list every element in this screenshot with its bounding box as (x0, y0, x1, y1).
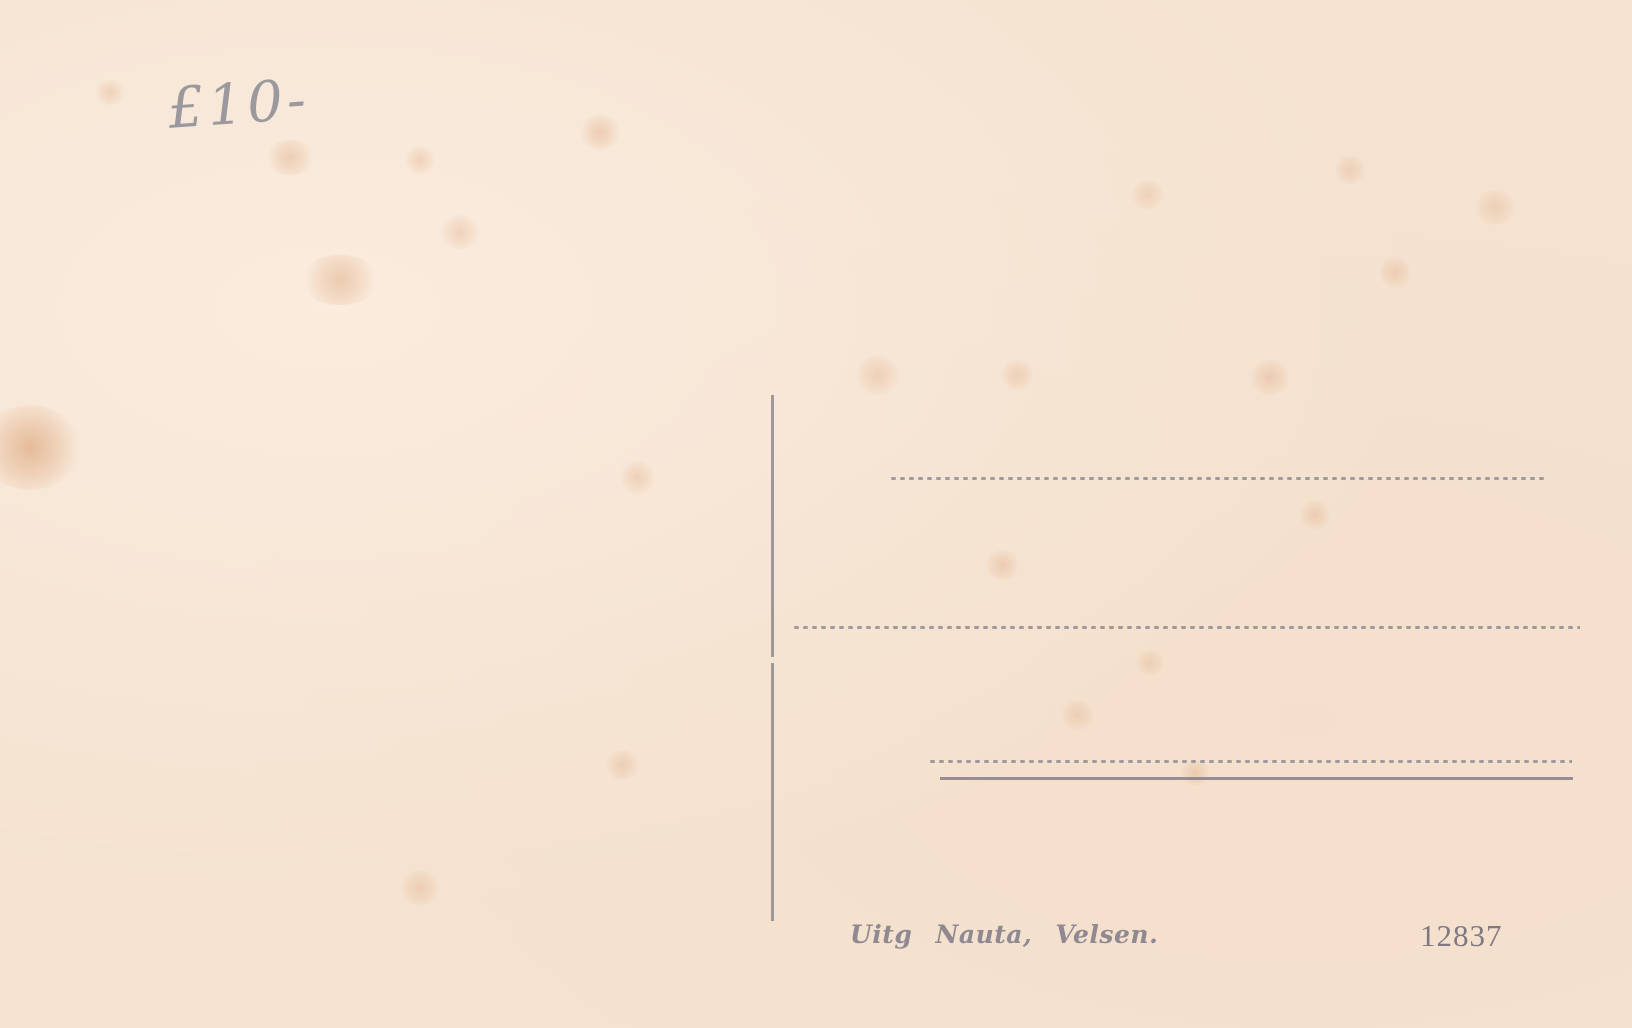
address-line-3 (928, 760, 1572, 763)
stain (985, 550, 1020, 580)
stain (1180, 760, 1210, 785)
stain-large-left (0, 405, 80, 490)
stain (1060, 700, 1095, 730)
stain (95, 80, 125, 105)
stain (1335, 155, 1365, 185)
stain (620, 460, 655, 495)
postcard-back: £10- Uitg Nauta, Velsen. 12837 (0, 0, 1632, 1028)
stain (265, 140, 315, 175)
stain (1130, 180, 1165, 210)
stain (400, 870, 440, 905)
stain (440, 215, 480, 250)
stain (605, 750, 640, 780)
stain (405, 145, 435, 175)
address-underline (940, 777, 1573, 780)
address-line-1 (889, 477, 1548, 480)
stain (1000, 360, 1035, 390)
stain (1300, 500, 1330, 530)
stain (1475, 190, 1515, 225)
divider-line-bottom (771, 663, 774, 921)
catalog-number: 12837 (1420, 918, 1503, 954)
stain (300, 255, 380, 305)
stain (1135, 650, 1165, 675)
stain (1250, 360, 1290, 395)
stain (580, 115, 620, 150)
stain (1380, 255, 1410, 290)
publisher-imprint: Uitg Nauta, Velsen. (850, 920, 1158, 949)
stain (855, 355, 900, 395)
address-line-2 (792, 626, 1580, 629)
divider-line-top (771, 395, 774, 657)
handwritten-price: £10- (166, 67, 312, 142)
